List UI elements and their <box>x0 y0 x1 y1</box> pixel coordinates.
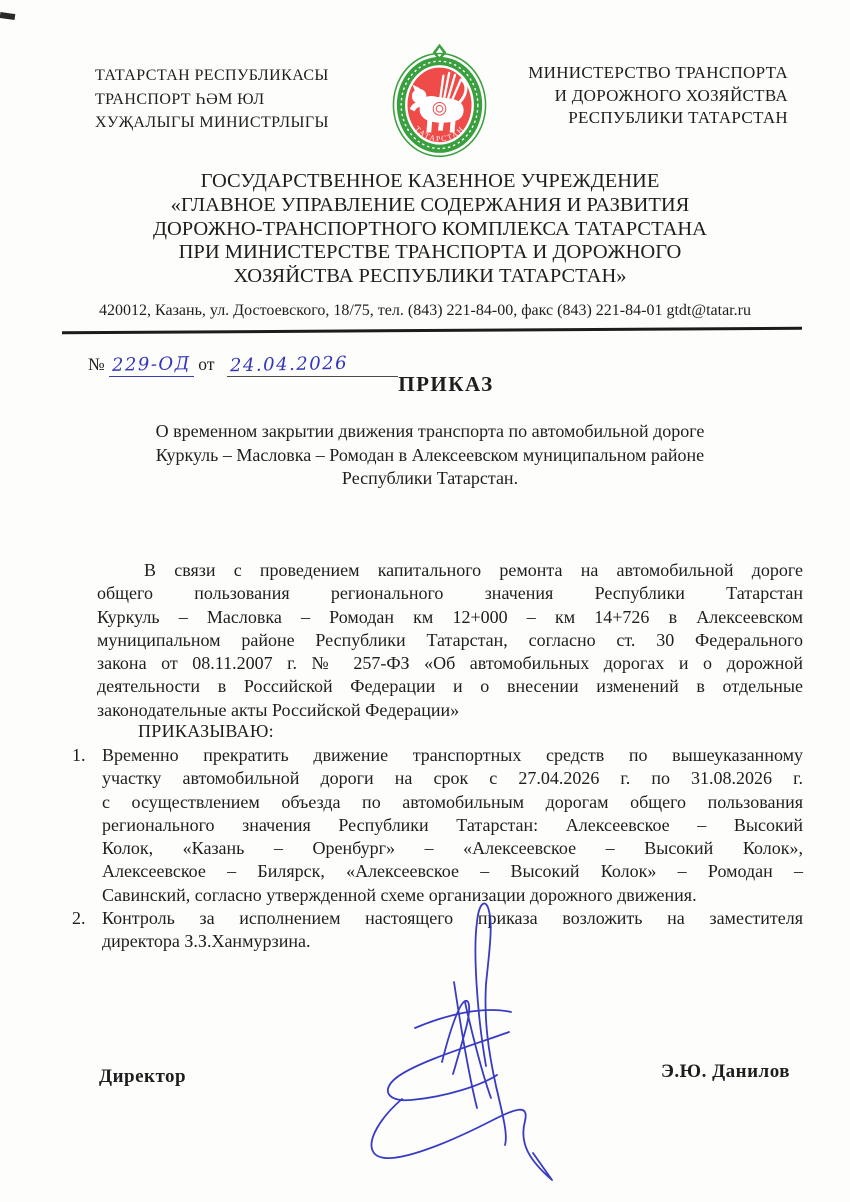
subject-line: Куркуль – Масловка – Ромодан в Алексеевс… <box>75 444 785 468</box>
decree-word: ПРИКАЗЫВАЮ: <box>97 721 803 742</box>
ministry-name-russian: МИНИСТЕРСТВО ТРАНСПОРТА И ДОРОЖНОГО ХОЗЯ… <box>488 62 788 130</box>
preamble-line: деятельности в Российской Федерации и о … <box>97 675 803 698</box>
subject-line: О временном закрытии движения транспорта… <box>75 420 785 444</box>
item-number: 1. <box>72 744 102 907</box>
order-item-1: 1. Временно прекратить движение транспор… <box>72 744 804 907</box>
subject-line: Республики Татарстан. <box>75 467 785 491</box>
order-subject: О временном закрытии движения транспорта… <box>75 420 785 491</box>
document-page: ТАТАРСТАН РЕСПУБЛИКАСЫ ТРАНСПОРТ ҺӘМ ЮЛ … <box>0 0 850 1202</box>
scan-artifact <box>0 12 15 20</box>
item-number: 2. <box>72 907 102 954</box>
item-text: Временно прекратить движение транспортны… <box>102 744 803 907</box>
ministry-name-tatar: ТАТАРСТАН РЕСПУБЛИКАСЫ ТРАНСПОРТ ҺӘМ ЮЛ … <box>95 64 365 135</box>
from-label: от <box>198 354 214 374</box>
institution-name-line: «ГЛАВНОЕ УПРАВЛЕНИЕ СОДЕРЖАНИЯ И РАЗВИТИ… <box>40 194 820 218</box>
ministry-tatar-line: ТРАНСПОРТ ҺӘМ ЮЛ <box>95 88 365 112</box>
preamble-line: закона от 08.11.2007 г. № 257-ФЗ «Об авт… <box>97 652 803 675</box>
signer-position: Директор <box>99 1066 186 1088</box>
ministry-tatar-line: ТАТАРСТАН РЕСПУБЛИКАСЫ <box>95 64 365 88</box>
number-label: № <box>88 354 105 374</box>
preamble-line: законодательные акты Российской Федераци… <box>97 699 803 722</box>
address-line: 420012, Казань, ул. Достоевского, 18/75,… <box>20 302 830 320</box>
institution-name-line: ХОЗЯЙСТВА РЕСПУБЛИКИ ТАТАРСТАН» <box>40 265 820 289</box>
coat-of-arms-icon: ТАТАРСТАН <box>391 42 488 162</box>
tatarstan-emblem-icon: ТАТАРСТАН <box>391 42 488 162</box>
preamble-line: общего пользования регионального значени… <box>97 582 803 605</box>
ministry-tatar-line: ХУҖАЛЫГЫ МИНИСТРЛЫГЫ <box>95 111 365 135</box>
institution-name-line: ПРИ МИНИСТЕРСТВЕ ТРАНСПОРТА И ДОРОЖНОГО <box>40 241 820 265</box>
preamble-line: муниципальном районе Республики Татарста… <box>97 629 803 652</box>
preamble-line: В связи с проведением капитального ремон… <box>97 559 803 582</box>
institution-name: ГОСУДАРСТВЕННОЕ КАЗЕННОЕ УЧРЕЖДЕНИЕ «ГЛА… <box>40 170 820 289</box>
ministry-russian-line: МИНИСТЕРСТВО ТРАНСПОРТА <box>488 62 788 85</box>
order-preamble: В связи с проведением капитального ремон… <box>97 559 803 722</box>
header-divider <box>62 327 802 335</box>
institution-name-line: ДОРОЖНО-ТРАНСПОРТНОГО КОМПЛЕКСА ТАТАРСТА… <box>40 218 820 242</box>
signer-name: Э.Ю. Данилов <box>661 1061 790 1083</box>
order-title: ПРИКАЗ <box>0 372 850 397</box>
signature-ink <box>358 892 568 1192</box>
institution-name-line: ГОСУДАРСТВЕННОЕ КАЗЕННОЕ УЧРЕЖДЕНИЕ <box>40 170 820 194</box>
ministry-russian-line: И ДОРОЖНОГО ХОЗЯЙСТВА <box>488 85 788 108</box>
ministry-russian-line: РЕСПУБЛИКИ ТАТАРСТАН <box>488 107 788 130</box>
preamble-line: Куркуль – Масловка – Ромодан км 12+000 –… <box>97 606 803 629</box>
